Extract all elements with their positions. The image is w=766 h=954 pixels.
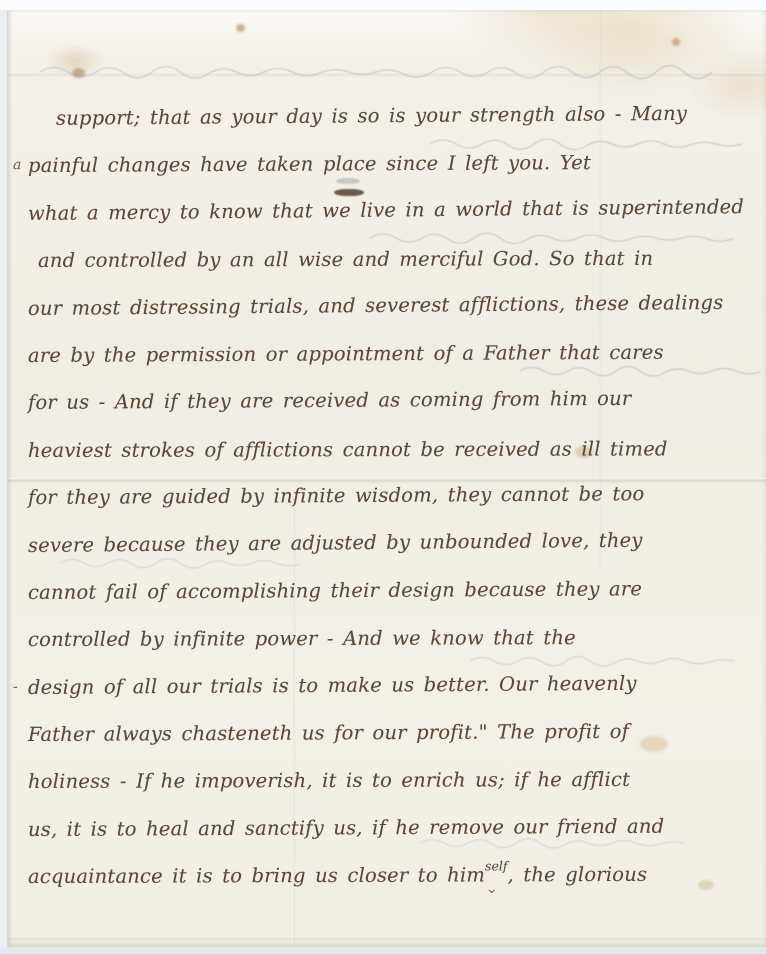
bleed-through-writing (40, 58, 730, 88)
line-text: us, it is to heal and sanctify us, if he… (28, 815, 664, 841)
inserted-word: self^ (485, 852, 508, 901)
line-text: are by the permission or appointment of … (28, 341, 664, 367)
margin-mark: - (13, 664, 18, 711)
stain (672, 38, 680, 46)
letter-line-last: acquaintance it is to bring us closer to… (28, 851, 762, 901)
letter-line: controlled by infinite power - And we kn… (28, 614, 762, 664)
letter-line: for they are guided by infinite wisdom, … (28, 470, 762, 522)
letter-line: for us - And if they are received as com… (28, 374, 762, 427)
letter-line: -design of all our trials is to make us … (28, 659, 762, 712)
line-text: , the glorious (507, 863, 647, 886)
scan-background-top (0, 0, 766, 10)
letter-line: severe because they are adjusted by unbo… (28, 515, 762, 569)
scan-background-left (0, 10, 8, 954)
scan-background-bottom (0, 947, 766, 954)
letter-line: -support; that as your day is so is your… (28, 89, 762, 142)
letter-line: Father always chasteneth us for our prof… (28, 707, 762, 758)
line-text: for us - And if they are received as com… (28, 387, 632, 414)
caret-mark: ^ (487, 865, 497, 912)
letter-line: our most distressing trials, and severes… (28, 278, 762, 332)
line-text: design of all our trials is to make us b… (28, 671, 637, 698)
line-text: heaviest strokes of afflictions cannot b… (28, 437, 668, 462)
letter-scan: -support; that as your day is so is your… (0, 0, 766, 954)
fold-crease (8, 936, 766, 941)
line-text: Father always chasteneth us for our prof… (28, 720, 629, 746)
line-text: what a mercy to know that we live in a w… (28, 195, 744, 225)
letter-line: are by the permission or appointment of … (28, 328, 762, 379)
line-text: holiness - If he impoverish, it is to en… (28, 768, 630, 793)
letter-line: holiness - If he impoverish, it is to en… (28, 756, 762, 806)
letter-line: us, it is to heal and sanctify us, if he… (28, 802, 762, 853)
line-text: severe because they are adjusted by unbo… (28, 528, 643, 556)
letter-line: what a mercy to know that we live in a w… (28, 183, 762, 237)
line-text: painful changes have taken place since I… (28, 151, 591, 177)
letter-line: and controlled by an all wise and mercif… (28, 235, 762, 285)
letter-line: cannot fail of accomplishing their desig… (28, 564, 762, 616)
line-text: our most distressing trials, and severes… (28, 290, 724, 319)
line-text: acquaintance it is to bring us closer to… (28, 864, 485, 889)
letter-line: apainful changes have taken place since … (28, 139, 762, 190)
line-text: for they are guided by infinite wisdom, … (28, 482, 645, 509)
line-text: cannot fail of accomplishing their desig… (28, 577, 642, 604)
stain (236, 24, 245, 32)
margin-mark: a (13, 142, 22, 189)
line-text: controlled by infinite power - And we kn… (28, 626, 576, 651)
line-text: and controlled by an all wise and mercif… (38, 247, 653, 272)
line-text: support; that as your day is so is your … (56, 102, 687, 130)
letter-line: heaviest strokes of afflictions cannot b… (28, 425, 762, 474)
letter-body: -support; that as your day is so is your… (28, 95, 762, 901)
